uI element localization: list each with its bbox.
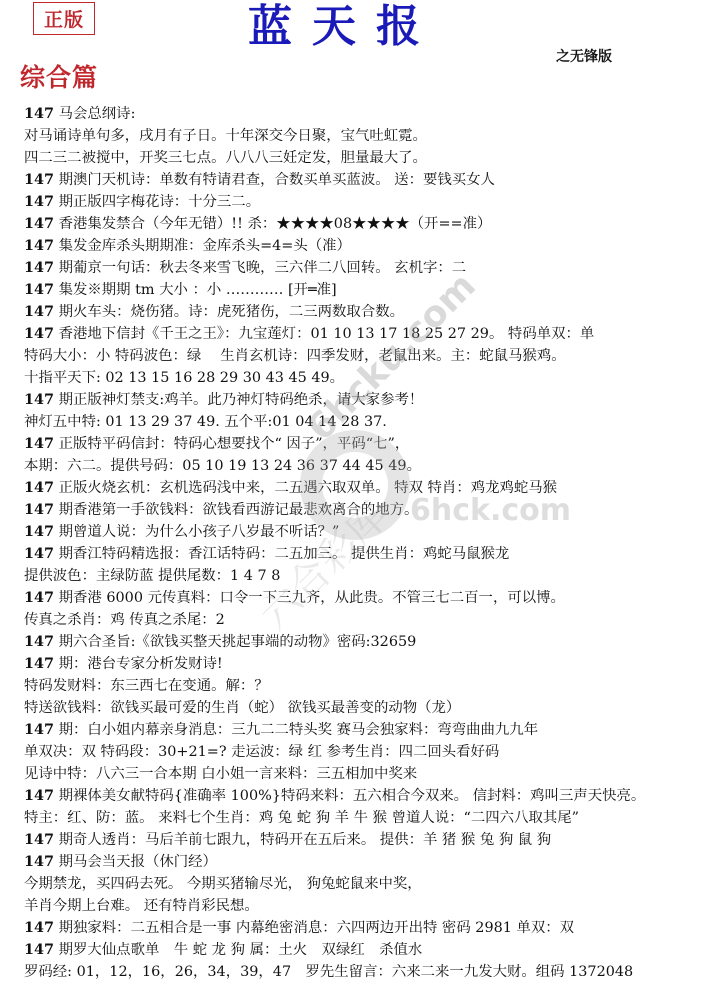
issue-number: 147 (24, 633, 54, 650)
text-line: 特主：红、防：蓝。 来料七个生肖：鸡 兔 蛇 狗 羊 牛 猴 曾道人说：“二四六… (24, 807, 704, 829)
issue-number: 147 (24, 281, 54, 298)
line-text: 对马诵诗单句多，戌月有子日。十年深交今日聚，宝气吐虹霓。 (24, 128, 427, 144)
line-text: 单双决：双 特码段：30+21=? 走运波：绿 红 参考生肖：四二回头看好码 (24, 744, 499, 760)
issue-number: 147 (24, 501, 54, 518)
text-line: 147 香港集发禁合（今年无错）!! 杀：★★★★08★★★★（开==准） (24, 213, 704, 235)
line-text: 期罗大仙点歌单 牛 蛇 龙 狗 属：土火 双绿红 杀值水 (54, 942, 422, 958)
text-line: 神灯五中特: 01 13 29 37 49. 五个平:01 04 14 28 3… (24, 411, 704, 433)
issue-number: 147 (24, 479, 54, 496)
text-line: 对马诵诗单句多，戌月有子日。十年深交今日聚，宝气吐虹霓。 (24, 125, 704, 147)
line-text: 期火车头：烧伤猪。诗：虎死猪伤，二三两数取合数。 (54, 304, 404, 320)
issue-number: 147 (24, 655, 54, 672)
line-text: 特送欲钱料：欲钱买最可爱的生肖（蛇） 欲钱买最善变的动物（龙） (24, 700, 460, 716)
official-edition-badge: 正版 (33, 2, 95, 35)
line-text: 期：港台专家分析发财诗! (54, 656, 223, 672)
issue-number: 147 (24, 853, 54, 870)
issue-number: 147 (24, 941, 54, 958)
line-text: 期澳门天机诗：单数有特请君查，合数买单买蓝波。 送：要钱买女人 (54, 172, 495, 188)
line-text: 期正版四字梅花诗：十分三二。 (54, 194, 260, 210)
text-line: 147 期澳门天机诗：单数有特请君查，合数买单买蓝波。 送：要钱买女人 (24, 169, 704, 191)
section-title: 综合篇 (20, 58, 98, 94)
line-text: 期独家料：二五相合是一事 内幕绝密消息：六四两边开出特 密码 2981 单双：双 (54, 920, 574, 936)
watermark-text-2: 6hck.com (410, 493, 571, 528)
issue-number: 147 (24, 919, 54, 936)
line-text: 香港集发禁合（今年无错）!! 杀：★★★★08★★★★（开==准） (54, 216, 491, 232)
line-text: 特码大小：小 特码波色：绿 生肖玄机诗：四季发财，老鼠出来。主：蛇鼠马猴鸡。 (24, 348, 566, 364)
text-line: 四二三二被搅中，开奖三七点。八八八三妊定发，胆量最大了。 (24, 147, 704, 169)
line-text: 期葡京一句话：秋去冬来雪飞晚，三六伴二八回转。 玄机字：二 (54, 260, 466, 276)
issue-number: 147 (24, 259, 54, 276)
line-text: 见诗中特：八六三一合本期 白小姐一言来料：三五相加中奖来 (24, 766, 417, 782)
text-line: 羊肖今期上台难。 还有特肖彩民想。 (24, 895, 704, 917)
issue-number: 147 (24, 237, 54, 254)
issue-number: 147 (24, 589, 54, 606)
line-text: 四二三二被搅中，开奖三七点。八八八三妊定发，胆量最大了。 (24, 150, 427, 166)
line-text: 罗码经: 01，12，16，26，34，39，47 罗先生留言：六来二来一九发大… (24, 964, 633, 980)
line-text: 今期禁龙，买四码去死。 今期买猪输尽光， 狗兔蛇鼠来中奖， (24, 876, 422, 892)
text-line: 147 期罗大仙点歌单 牛 蛇 龙 狗 属：土火 双绿红 杀值水 (24, 939, 704, 961)
line-text: 集发金库杀头期期准：金库杀头=4=头（准） (54, 238, 351, 254)
issue-number: 147 (24, 325, 54, 342)
text-line: 147 期裸体美女献特码{准确率 100%}特码来料：五六相合今双来。 信封料：… (24, 785, 704, 807)
line-text: 期曾道人说：为什么小孩子八岁最不听话？” (54, 524, 339, 540)
line-text: 马会总纲诗: (54, 106, 135, 122)
issue-number: 147 (24, 545, 54, 562)
text-line: 147 集发金库杀头期期准：金库杀头=4=头（准） (24, 235, 704, 257)
issue-number: 147 (24, 721, 54, 738)
text-line: 147 期：港台专家分析发财诗! (24, 653, 704, 675)
line-text: 十指平天下: 02 13 15 16 28 29 30 43 45 49。 (24, 370, 344, 386)
text-line: 147 期：白小姐内幕亲身消息：三九二二特头奖 赛马会独家料：弯弯曲曲九九年 (24, 719, 704, 741)
issue-number: 147 (24, 435, 54, 452)
issue-number: 147 (24, 171, 54, 188)
line-text: 提供波色：主绿防蓝 提供尾数：1 4 7 8 (24, 568, 280, 584)
text-line: 147 集发※期期 tm 大小 ：小 ………… [开═准] (24, 279, 704, 301)
text-line: 单双决：双 特码段：30+21=? 走运波：绿 红 参考生肖：四二回头看好码 (24, 741, 704, 763)
text-line: 147 期独家料：二五相合是一事 内幕绝密消息：六四两边开出特 密码 2981 … (24, 917, 704, 939)
text-line: 147 马会总纲诗: (24, 103, 704, 125)
text-line: 特送欲钱料：欲钱买最可爱的生肖（蛇） 欲钱买最善变的动物（龙） (24, 697, 704, 719)
issue-number: 147 (24, 391, 54, 408)
issue-number: 147 (24, 831, 54, 848)
text-line: 罗码经: 01，12，16，26，34，39，47 罗先生留言：六来二来一九发大… (24, 961, 704, 983)
text-line: 147 期马会当天报（休门经） (24, 851, 704, 873)
issue-number: 147 (24, 787, 54, 804)
text-line: 特码发财料：东三西七在变通。解：？ (24, 675, 704, 697)
line-text: 羊肖今期上台难。 还有特肖彩民想。 (24, 898, 259, 914)
line-text: 香港地下信封《千王之王》：九宝莲灯：01 10 13 17 18 25 27 2… (54, 326, 594, 342)
issue-number: 147 (24, 523, 54, 540)
newspaper-title: 蓝天报 (248, 2, 440, 52)
text-line: 提供波色：主绿防蓝 提供尾数：1 4 7 8 (24, 565, 704, 587)
line-text: 传真之杀肖：鸡 传真之杀尾：2 (24, 612, 225, 628)
text-line: 见诗中特：八六三一合本期 白小姐一言来料：三五相加中奖来 (24, 763, 704, 785)
text-line: 147 期六合圣旨:《欲钱买整天挑起事端的动物》密码:32659 (24, 631, 704, 653)
line-text: 集发※期期 tm 大小 ：小 ………… [开═准] (54, 282, 337, 298)
text-line: 147 期奇人透肖：马后羊前七跟九，特码开在五后来。 提供：羊 猪 猴 兔 狗 … (24, 829, 704, 851)
line-text: 期奇人透肖：马后羊前七跟九，特码开在五后来。 提供：羊 猪 猴 兔 狗 鼠 狗 (54, 832, 551, 848)
line-text: 特主：红、防：蓝。 来料七个生肖：鸡 兔 蛇 狗 羊 牛 猴 曾道人说：“二四六… (24, 810, 579, 826)
issue-number: 147 (24, 105, 54, 122)
text-line: 147 期正版四字梅花诗：十分三二。 (24, 191, 704, 213)
line-text: 期：白小姐内幕亲身消息：三九二二特头奖 赛马会独家料：弯弯曲曲九九年 (54, 722, 538, 738)
issue-number: 147 (24, 193, 54, 210)
text-line: 今期禁龙，买四码去死。 今期买猪输尽光， 狗兔蛇鼠来中奖， (24, 873, 704, 895)
line-text: 期裸体美女献特码{准确率 100%}特码来料：五六相合今双来。 信封料：鸡叫三声… (54, 788, 645, 804)
line-text: 期马会当天报（休门经） (54, 854, 217, 870)
line-text: 期六合圣旨:《欲钱买整天挑起事端的动物》密码:32659 (54, 634, 416, 650)
text-line: 147 期火车头：烧伤猪。诗：虎死猪伤，二三两数取合数。 (24, 301, 704, 323)
line-text: 期香江特码精选报：香江话特码：二五加三。 提供生肖：鸡蛇马鼠猴龙 (54, 546, 509, 562)
text-line: 147 香港地下信封《千王之王》：九宝莲灯：01 10 13 17 18 25 … (24, 323, 704, 345)
issue-number: 147 (24, 215, 54, 232)
text-line: 147 期葡京一句话：秋去冬来雪飞晚，三六伴二八回转。 玄机字：二 (24, 257, 704, 279)
issue-number: 147 (24, 303, 54, 320)
line-text: 特码发财料：东三西七在变通。解：？ (24, 678, 269, 694)
text-line: 传真之杀肖：鸡 传真之杀尾：2 (24, 609, 704, 631)
text-line: 147 期香港 6000 元传真料：口令一下三九齐，从此贵。不管三七二百一，可以… (24, 587, 704, 609)
edition-label: 之无锋版 (556, 46, 612, 66)
